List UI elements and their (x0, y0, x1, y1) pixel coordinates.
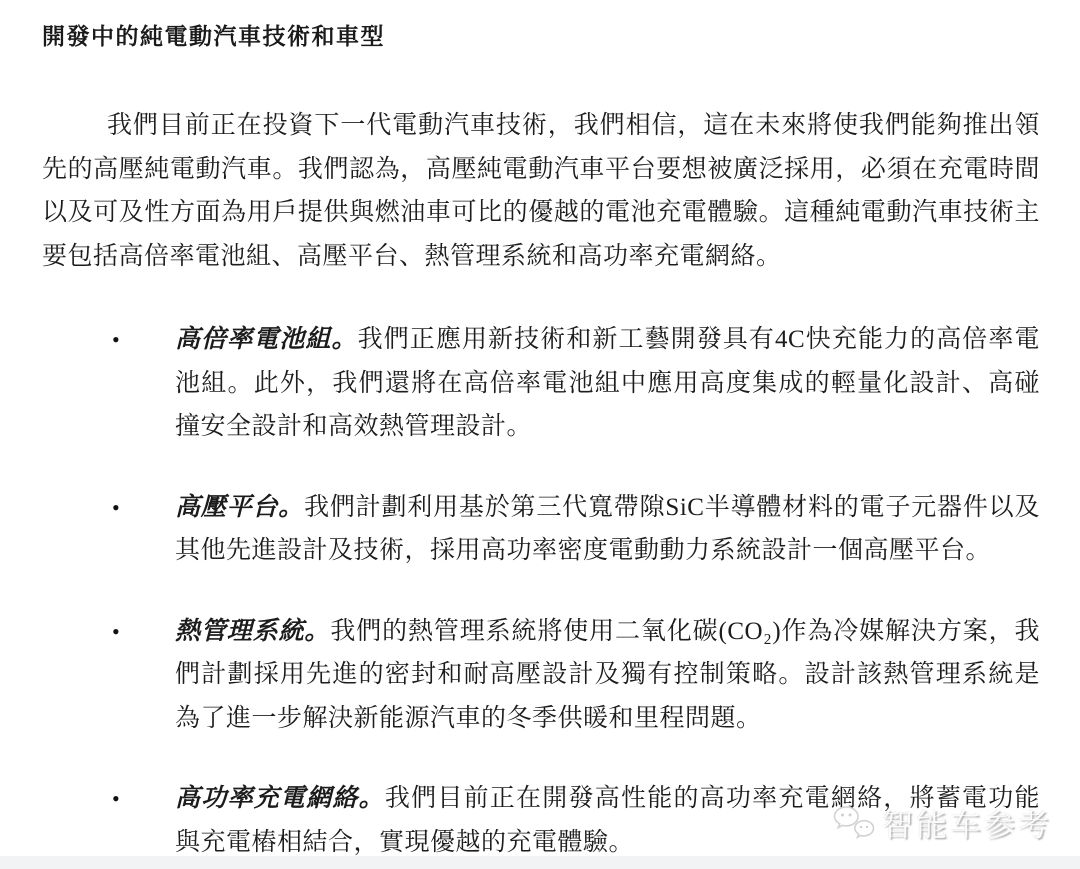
bullet-text: 高壓平台。我們計劃利用基於第三代寬帶隙SiC半導體材料的電子元器件以及其他先進設… (175, 486, 1040, 573)
list-item: • 高壓平台。我們計劃利用基於第三代寬帶隙SiC半導體材料的電子元器件以及其他先… (42, 486, 1040, 573)
bullet-text: 高倍率電池組。我們正應用新技術和新工藝開發具有4C快充能力的高倍率電池組。此外，… (175, 318, 1040, 449)
bullet-term: 高功率充電網絡。 (175, 785, 385, 812)
section-heading: 開發中的純電動汽車技術和車型 (42, 20, 1040, 52)
list-item: • 高功率充電網絡。我們目前正在開發高性能的高功率充電網絡，將蓄電功能與充電樁相… (42, 777, 1040, 864)
bullet-term: 熱管理系統。 (175, 618, 330, 645)
list-item: • 熱管理系統。我們的熱管理系統將使用二氧化碳(CO₂)作為冷媒解決方案，我們計… (42, 610, 1040, 741)
intro-paragraph: 我們目前正在投資下一代電動汽車技術，我們相信，這在未來將使我們能夠推出領先的高壓… (42, 104, 1040, 278)
bullet-text: 高功率充電網絡。我們目前正在開發高性能的高功率充電網絡，將蓄電功能與充電樁相結合… (175, 777, 1040, 864)
bullet-body: 我們計劃利用基於第三代寬帶隙SiC半導體材料的電子元器件以及其他先進設計及技術，… (175, 494, 1040, 565)
bullet-dot-icon: • (112, 486, 175, 530)
bullet-term: 高倍率電池組。 (175, 326, 358, 353)
list-item: • 高倍率電池組。我們正應用新技術和新工藝開發具有4C快充能力的高倍率電池組。此… (42, 318, 1040, 449)
bullet-term: 高壓平台。 (175, 494, 304, 521)
bullet-text: 熱管理系統。我們的熱管理系統將使用二氧化碳(CO₂)作為冷媒解決方案，我們計劃採… (175, 610, 1040, 741)
footer-strip (0, 856, 1080, 869)
bullet-dot-icon: • (112, 318, 175, 362)
bullet-dot-icon: • (112, 610, 175, 654)
bullet-list: • 高倍率電池組。我們正應用新技術和新工藝開發具有4C快充能力的高倍率電池組。此… (42, 318, 1040, 864)
bullet-dot-icon: • (112, 777, 175, 821)
document-page: 開發中的純電動汽車技術和車型 我們目前正在投資下一代電動汽車技術，我們相信，這在… (0, 0, 1080, 864)
